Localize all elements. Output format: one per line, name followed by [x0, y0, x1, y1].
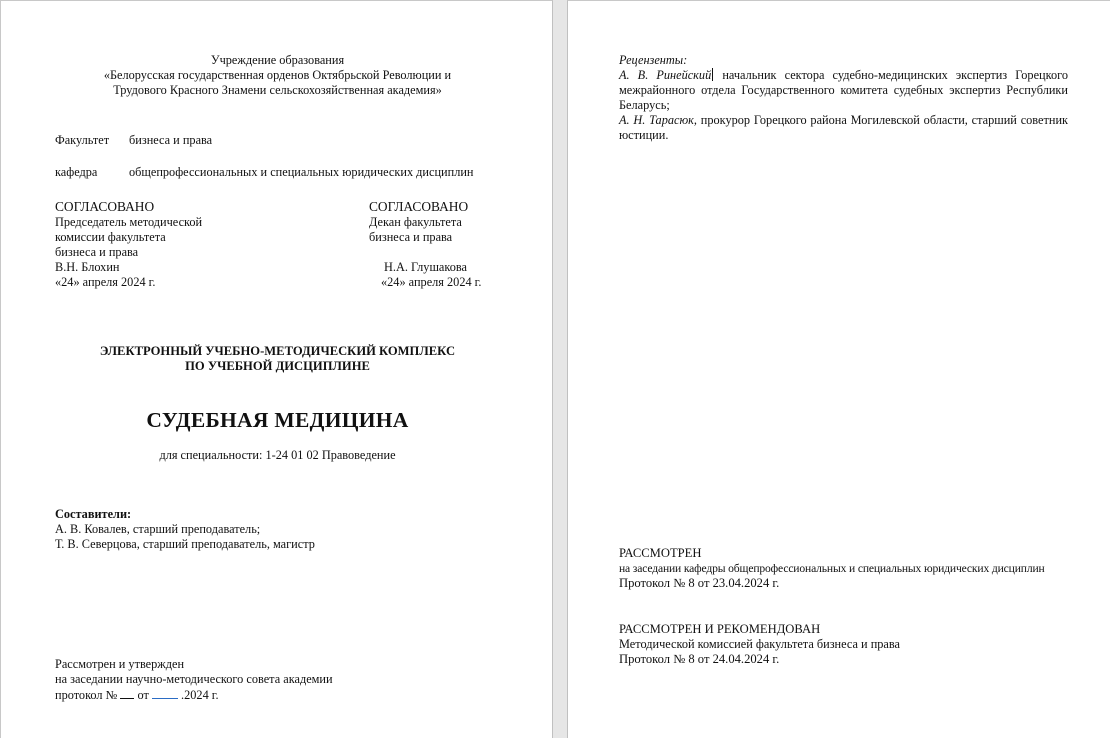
discipline-title: СУДЕБНАЯ МЕДИЦИНА — [1, 405, 554, 435]
department-review-protocol: Протокол № 8 от 23.04.2024 г. — [619, 576, 1045, 591]
department-row: кафедраобщепрофессиональных и специальны… — [55, 165, 474, 180]
commission-review-protocol: Протокол № 8 от 24.04.2024 г. — [619, 652, 900, 667]
protocol-year: .2024 г. — [181, 688, 218, 702]
author-item: Т. В. Северцова, старший преподаватель, … — [55, 537, 315, 552]
reviewer-name: А. В. Ринейский — [619, 68, 711, 82]
commission-review-line-1: Методической комиссией факультета бизнес… — [619, 637, 900, 652]
complex-title-line-2: ПО УЧЕБНОЙ ДИСЦИПЛИНЕ — [1, 359, 554, 374]
approval-left-name: В.Н. Блохин — [55, 260, 202, 275]
reviewer-item: А. В. Ринейский начальник сектора судебн… — [619, 68, 1068, 113]
blank-line — [369, 245, 481, 260]
faculty-row: Факультетбизнеса и права — [55, 133, 212, 148]
approval-left-heading: СОГЛАСОВАНО — [55, 199, 202, 215]
department-review-line-1: на заседании кафедры общепрофессиональны… — [619, 561, 1045, 576]
council-approval-line-1: Рассмотрен и утвержден — [55, 657, 333, 672]
reviewers-block: Рецензенты: А. В. Ринейский начальник се… — [619, 53, 1068, 143]
approval-block-left: СОГЛАСОВАНО Председатель методической ко… — [55, 199, 202, 290]
complex-title-line-1: ЭЛЕКТРОННЫЙ УЧЕБНО-МЕТОДИЧЕСКИЙ КОМПЛЕКС — [1, 344, 554, 359]
authors-block: Составители: А. В. Ковалев, старший преп… — [55, 507, 315, 552]
approval-right-date: «24» апреля 2024 г. — [369, 275, 481, 290]
reviewers-heading: Рецензенты: — [619, 53, 1068, 68]
protocol-number-blank — [120, 687, 134, 699]
protocol-prefix: протокол № — [55, 688, 117, 702]
reviewer-name: А. Н. Тарасюк, — [619, 113, 697, 127]
faculty-value: бизнеса и права — [129, 133, 212, 147]
approval-right-line: бизнеса и права — [369, 230, 481, 245]
commission-review-block: РАССМОТРЕН И РЕКОМЕНДОВАН Методической к… — [619, 622, 900, 667]
approval-block-right: СОГЛАСОВАНО Декан факультета бизнеса и п… — [369, 199, 481, 290]
approval-right-heading: СОГЛАСОВАНО — [369, 199, 481, 215]
protocol-date-blank — [152, 687, 178, 699]
department-review-block: РАССМОТРЕН на заседании кафедры общепроф… — [619, 546, 1045, 591]
institution-line-1: Учреждение образования — [1, 53, 554, 68]
text-cursor — [712, 68, 713, 81]
approval-left-line: бизнеса и права — [55, 245, 202, 260]
council-approval-line-2: на заседании научно-методического совета… — [55, 672, 333, 687]
institution-header: Учреждение образования «Белорусская госу… — [1, 53, 554, 98]
reviewer-item: А. Н. Тарасюк, прокурор Горецкого района… — [619, 113, 1068, 143]
approval-left-line: комиссии факультета — [55, 230, 202, 245]
approval-right-line: Декан факультета — [369, 215, 481, 230]
institution-line-3: Трудового Красного Знамени сельскохозяйс… — [1, 83, 554, 98]
protocol-from: от — [138, 688, 149, 702]
department-label: кафедра — [55, 165, 129, 180]
approval-left-line: Председатель методической — [55, 215, 202, 230]
approval-right-name: Н.А. Глушакова — [369, 260, 481, 275]
authors-heading: Составители: — [55, 507, 315, 522]
council-approval-line-3: протокол № от .2024 г. — [55, 687, 333, 703]
institution-line-2: «Белорусская государственная орденов Окт… — [1, 68, 554, 83]
approval-left-date: «24» апреля 2024 г. — [55, 275, 202, 290]
council-approval-block: Рассмотрен и утвержден на заседании науч… — [55, 657, 333, 703]
department-value: общепрофессиональных и специальных юриди… — [129, 165, 474, 179]
author-item: А. В. Ковалев, старший преподаватель; — [55, 522, 315, 537]
document-page-1: Учреждение образования «Белорусская госу… — [0, 0, 553, 738]
commission-review-heading: РАССМОТРЕН И РЕКОМЕНДОВАН — [619, 622, 900, 637]
faculty-label: Факультет — [55, 133, 129, 148]
complex-title: ЭЛЕКТРОННЫЙ УЧЕБНО-МЕТОДИЧЕСКИЙ КОМПЛЕКС… — [1, 344, 554, 374]
specialty-line: для специальности: 1-24 01 02 Правоведен… — [1, 448, 554, 463]
department-review-heading: РАССМОТРЕН — [619, 546, 1045, 561]
